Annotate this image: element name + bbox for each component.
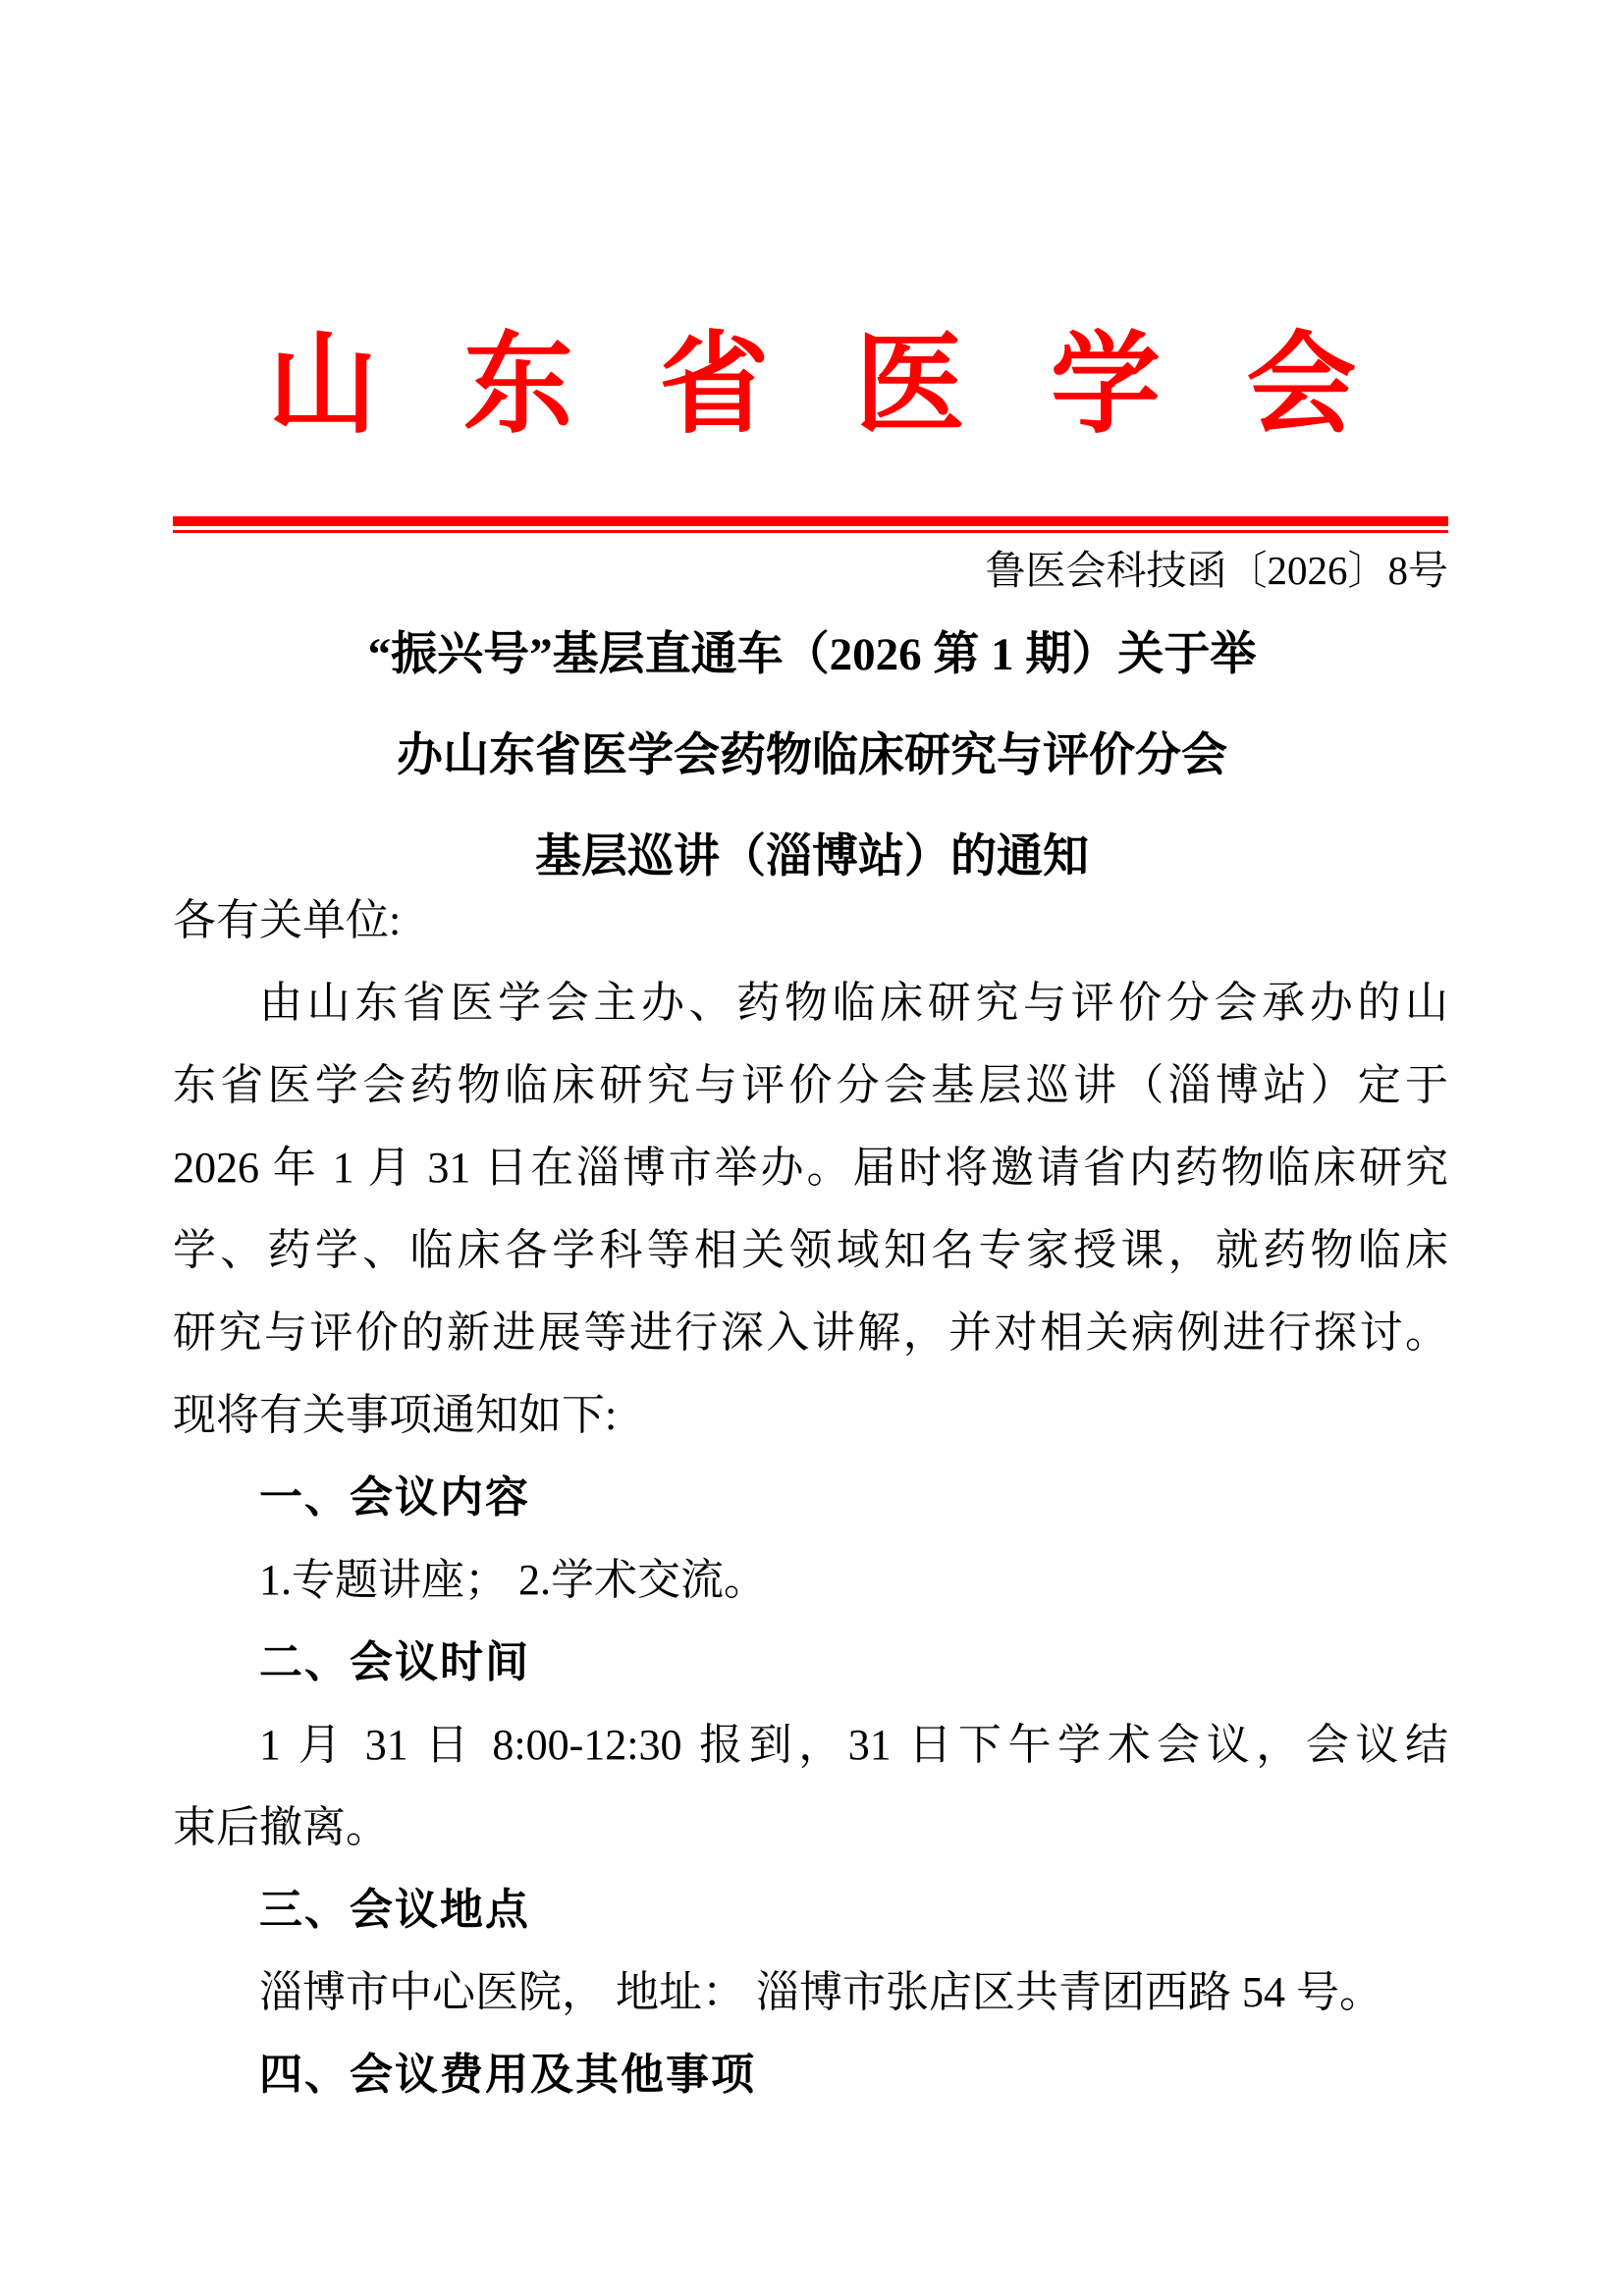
document-page: 山东省医学会 鲁医会科技函〔2026〕8号 “振兴号”基层直通车（2026 第 … (0, 0, 1624, 2296)
body-line: 东省医学会药物临床研究与评价分会基层巡讲（淄博站）定于 (173, 1044, 1448, 1127)
body-line: 学、药学、临床各学科等相关领域知名专家授课，就药物临床 (173, 1209, 1448, 1292)
notice-title-line: “振兴号”基层直通车（2026 第 1 期）关于举 (98, 605, 1526, 706)
section-heading: 二、会议时间 (173, 1622, 1448, 1704)
body-line: 现将有关事项通知如下: (173, 1374, 1448, 1457)
section-heading: 四、会议费用及其他事项 (173, 2034, 1448, 2116)
section-heading: 三、会议地点 (173, 1869, 1448, 1951)
section-heading: 一、会议内容 (173, 1457, 1448, 1539)
body-line: 由山东省医学会主办、药物临床研究与评价分会承办的山 (173, 962, 1448, 1044)
body-line: 1.专题讲座； 2.学术交流。 (173, 1539, 1448, 1622)
divider-thick-bar (173, 516, 1448, 526)
body-line: 2026 年 1 月 31 日在淄博市举办。届时将邀请省内药物临床研究 (173, 1127, 1448, 1209)
doc-number: 鲁医会科技函〔2026〕8号 (173, 538, 1448, 603)
body-line: 研究与评价的新进展等进行深入讲解，并对相关病例进行探讨。 (173, 1292, 1448, 1374)
divider-thin-bar (173, 530, 1448, 533)
notice-title-line: 办山东省医学会药物临床研究与评价分会 (98, 706, 1526, 807)
red-divider (173, 516, 1448, 533)
notice-title: “振兴号”基层直通车（2026 第 1 期）关于举 办山东省医学会药物临床研究与… (98, 605, 1526, 908)
body-line: 束后撤离。 (173, 1787, 1448, 1869)
body-line: 各有关单位: (173, 880, 1448, 962)
org-title: 山东省医学会 (0, 312, 1624, 459)
body-line: 淄博市中心医院， 地址： 淄博市张店区共青团西路 54 号。 (173, 1951, 1448, 2034)
body-line: 1 月 31 日 8:00-12:30 报到，31 日下午学术会议，会议结 (173, 1704, 1448, 1787)
document-body: 各有关单位:由山东省医学会主办、药物临床研究与评价分会承办的山东省医学会药物临床… (173, 880, 1448, 2116)
